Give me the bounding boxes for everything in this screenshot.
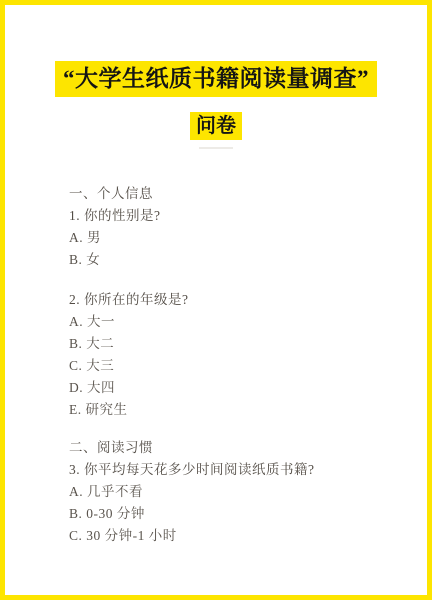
question-1-option-a: A. 男: [69, 230, 397, 246]
section-heading-personal-info: 一、个人信息: [69, 186, 397, 202]
question-2-option-d: D. 大四: [69, 380, 397, 396]
questionnaire-body: 一、个人信息 1. 你的性别是? A. 男 B. 女 2. 你所在的年级是? A…: [69, 186, 397, 550]
question-3-reading-time: 3. 你平均每天花多少时间阅读纸质书籍?: [69, 462, 397, 478]
question-2-option-e: E. 研究生: [69, 402, 397, 418]
subtitle-row: 问卷: [5, 112, 427, 140]
question-3-option-b: B. 0-30 分钟: [69, 506, 397, 522]
question-2-option-b: B. 大二: [69, 336, 397, 352]
question-2-grade: 2. 你所在的年级是?: [69, 292, 397, 308]
questionnaire-page: “大学生纸质书籍阅读量调查” 问卷 一、个人信息 1. 你的性别是? A. 男 …: [0, 0, 432, 600]
questionnaire-header: “大学生纸质书籍阅读量调查” 问卷: [5, 61, 427, 149]
question-1-option-b: B. 女: [69, 252, 397, 268]
question-2-option-c: C. 大三: [69, 358, 397, 374]
question-3-option-c: C. 30 分钟-1 小时: [69, 528, 397, 544]
question-3-option-a: A. 几乎不看: [69, 484, 397, 500]
section-heading-reading-habits: 二、阅读习惯: [69, 440, 397, 456]
faint-divider: [199, 147, 233, 149]
question-2-option-a: A. 大一: [69, 314, 397, 330]
question-1-gender: 1. 你的性别是?: [69, 208, 397, 224]
survey-title: “大学生纸质书籍阅读量调查”: [55, 61, 377, 97]
survey-subtitle: 问卷: [190, 112, 242, 140]
